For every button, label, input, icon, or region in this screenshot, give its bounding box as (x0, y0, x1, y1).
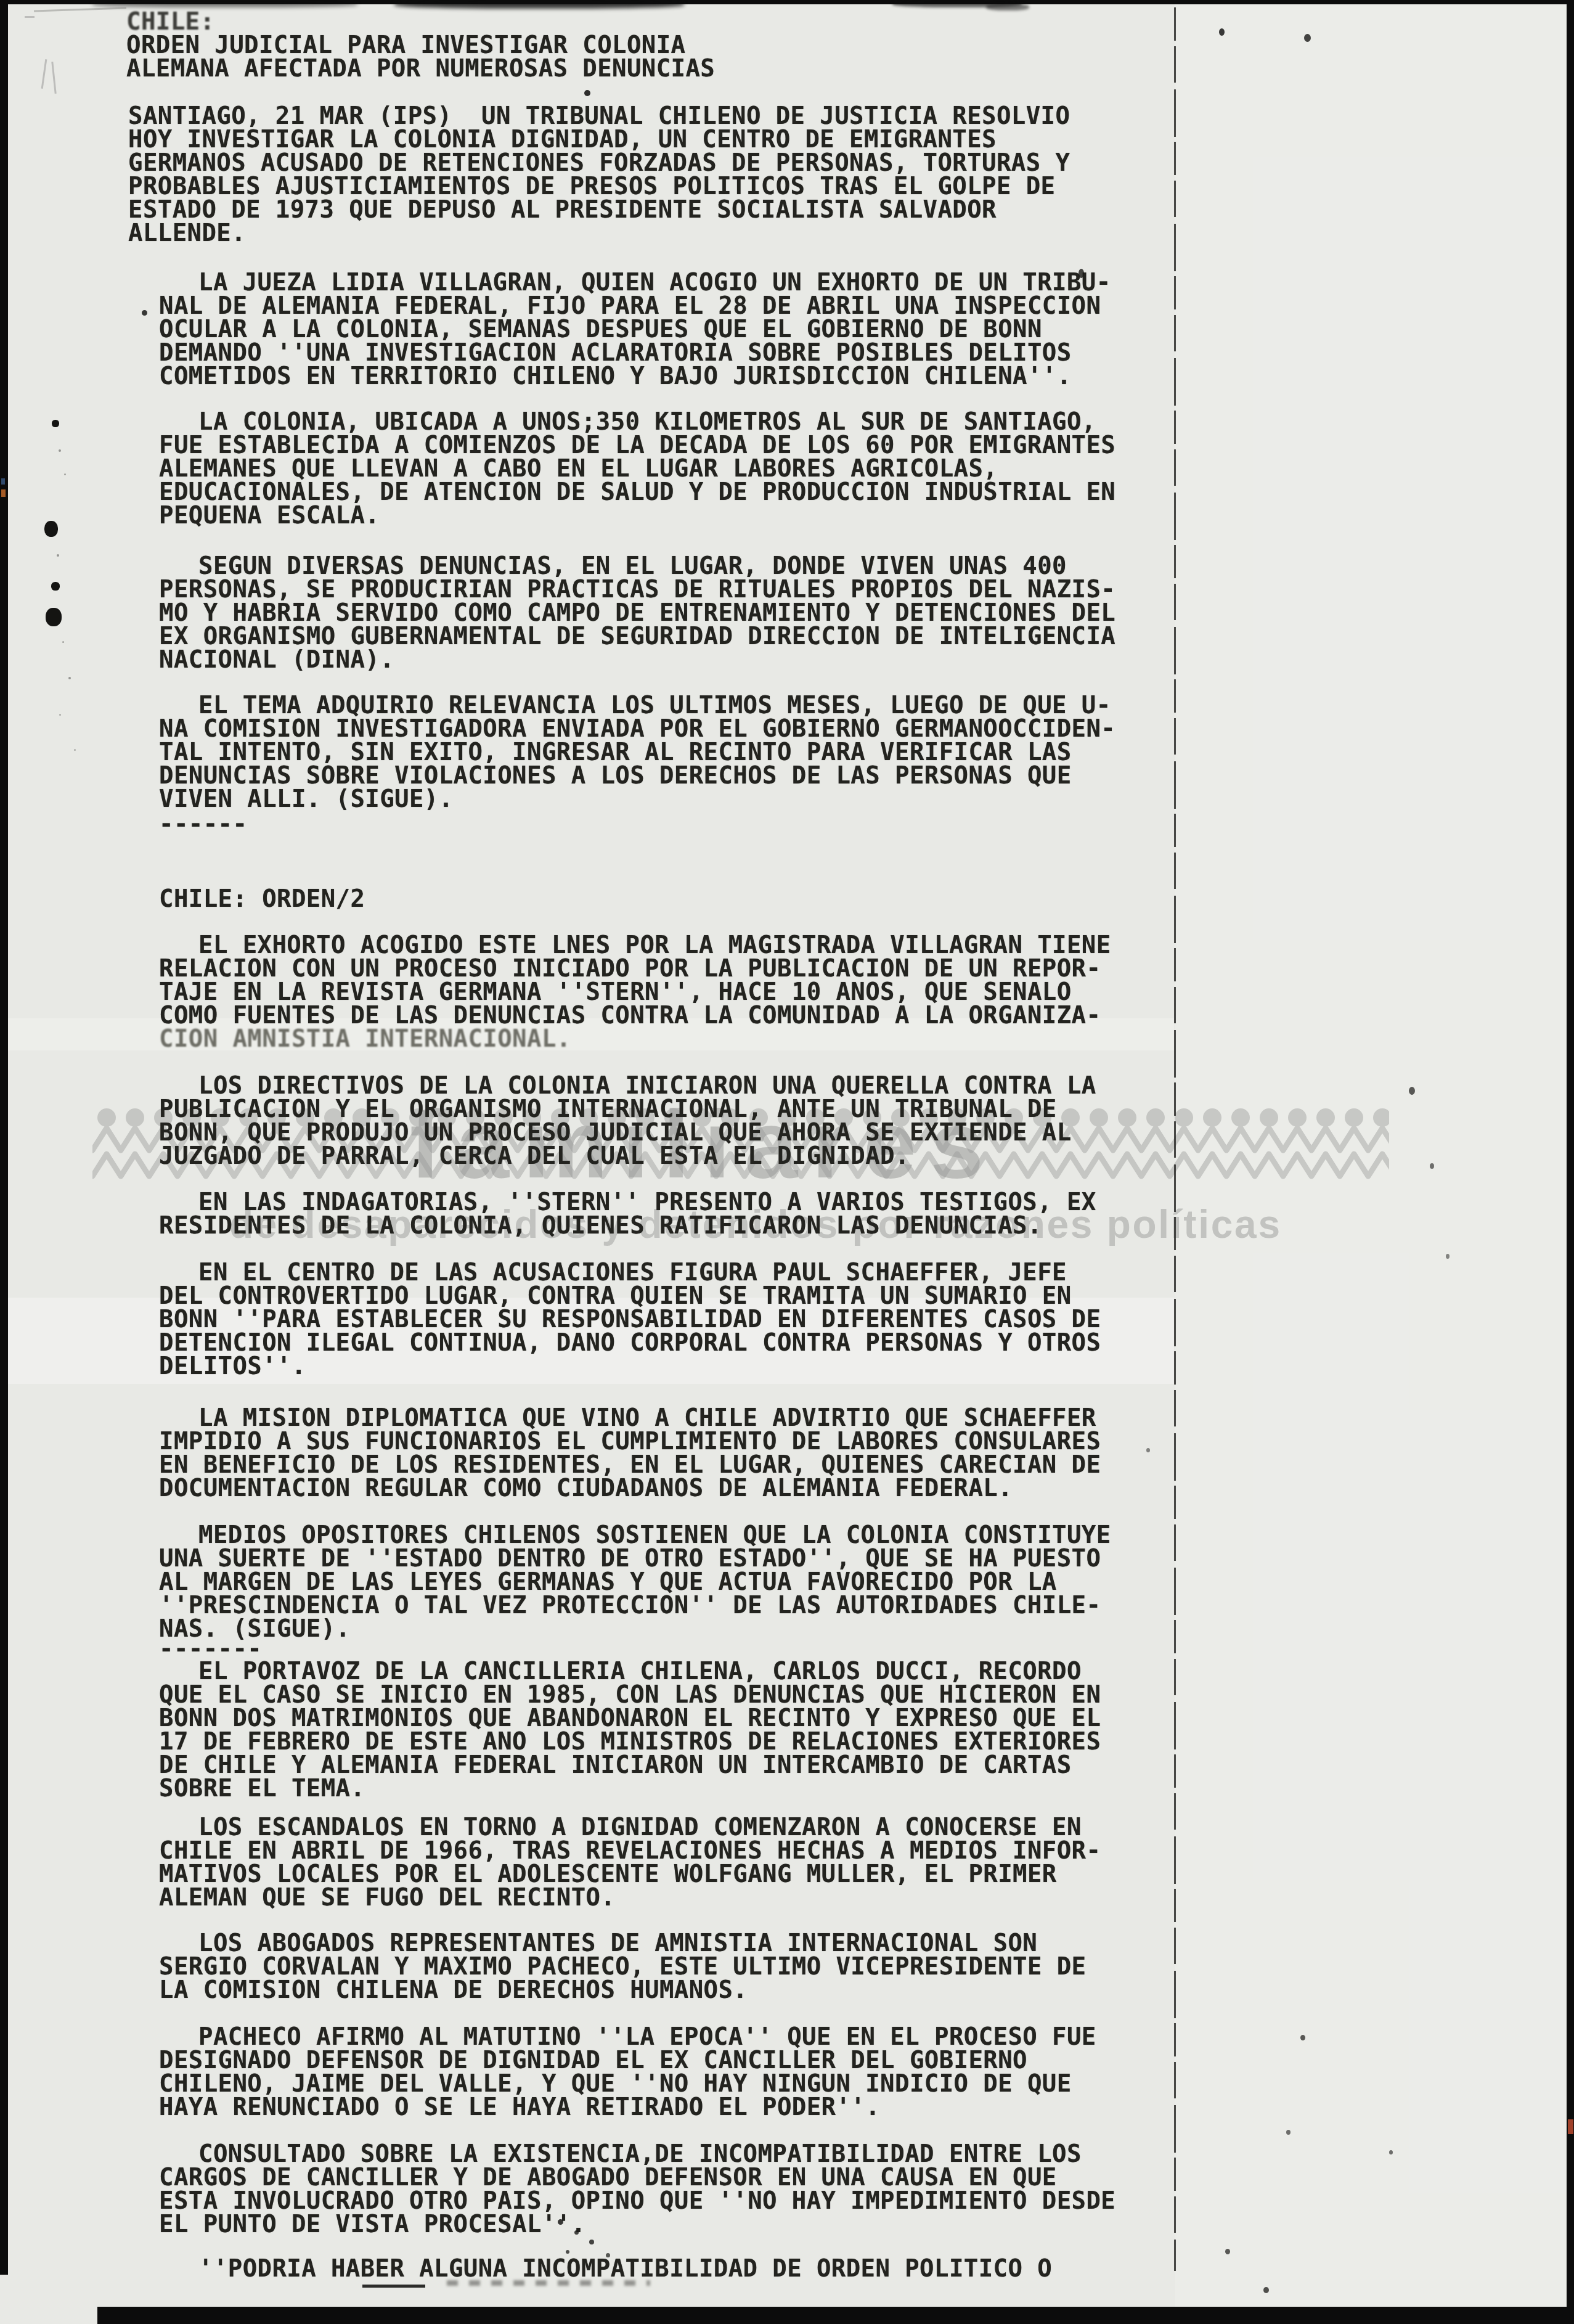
color-speck (1568, 2119, 1573, 2134)
text-line: BONN DOS MATRIMONIOS QUE ABANDONARON EL … (159, 1706, 1101, 1730)
text-line: PROBABLES AJUSTICIAMIENTOS DE PRESOS POL… (128, 174, 1055, 198)
text-line: EL EXHORTO ACOGIDO ESTE LNES POR LA MAGI… (198, 933, 1111, 957)
text-line: DEL CONTROVERTIDO LUGAR, CONTRA QUIEN SE… (159, 1284, 1072, 1308)
text-line: QUE EL CASO SE INICIO EN 1985, CON LAS D… (159, 1683, 1101, 1707)
text-line: ALEMANA AFECTADA POR NUMEROSAS DENUNCIAS (126, 57, 715, 81)
text-line: TAJE EN LA REVISTA GERMANA ''STERN'', HA… (159, 980, 1072, 1004)
text-line: EL PUNTO DE VISTA PROCESAL''. (159, 2212, 586, 2236)
text-line: CHILE: ORDEN/2 (159, 887, 365, 911)
ink-speck (1263, 2287, 1269, 2293)
scan-border-bottom (97, 2307, 1574, 2324)
text-line: JUZGADO DE PARRAL, CERCA DEL CUAL ESTA E… (159, 1144, 910, 1168)
ink-speck (1286, 2130, 1291, 2135)
text-line: CION AMNISTIA INTERNACIONAL. (159, 1027, 571, 1051)
color-speck (1, 478, 5, 485)
text-line: NA COMISION INVESTIGADORA ENVIADA POR EL… (159, 717, 1115, 741)
text-line: SOBRE EL TEMA. (159, 1777, 365, 1801)
ink-speck (1389, 2150, 1393, 2154)
text-line: LA MISION DIPLOMATICA QUE VINO A CHILE A… (198, 1406, 1096, 1430)
text-line: HOY INVESTIGAR LA COLONIA DIGNIDAD, UN C… (128, 128, 997, 152)
text-line: CONSULTADO SOBRE LA EXISTENCIA,DE INCOMP… (198, 2142, 1082, 2166)
text-line: DOCUMENTACION REGULAR COMO CIUDADANOS DE… (159, 1476, 1013, 1500)
text-line: EN LAS INDAGATORIAS, ''STERN'' PRESENTO … (198, 1190, 1096, 1214)
ink-speck (1079, 269, 1084, 278)
ink-speck (57, 554, 59, 557)
ink-speck (74, 749, 76, 751)
text-line: MEDIOS OPOSITORES CHILENOS SOSTIENEN QUE… (198, 1523, 1111, 1547)
text-line: CHILE EN ABRIL DE 1966, TRAS REVELACIONE… (159, 1839, 1101, 1863)
scan-border-left (0, 0, 8, 2275)
text-line: GERMANOS ACUSADO DE RETENCIONES FORZADAS… (128, 151, 1070, 175)
ink-speck (1409, 1087, 1415, 1095)
text-line: ''PRESCINDENCIA O TAL VEZ PROTECCION'' D… (159, 1594, 1101, 1618)
text-line: SERGIO CORVALAN Y MAXIMO PACHECO, ESTE U… (159, 1955, 1086, 1979)
text-line: AL MARGEN DE LAS LEYES GERMANAS Y QUE AC… (159, 1570, 1057, 1594)
text-line: PEQUENA ESCALA. (159, 504, 380, 528)
text-line: SANTIAGO, 21 MAR (IPS) UN TRIBUNAL CHILE… (128, 104, 1070, 128)
text-line: MATIVOS LOCALES POR EL ADOLESCENTE WOLFG… (159, 1862, 1057, 1886)
text-line: LA JUEZA LIDIA VILLAGRAN, QUIEN ACOGIO U… (198, 271, 1111, 295)
text-line: DE CHILE Y ALEMANIA FEDERAL INICIARON UN… (159, 1753, 1072, 1777)
text-line: ------ (159, 812, 247, 837)
ink-speck (68, 677, 71, 679)
ink-speck (59, 714, 61, 716)
page-edge-line (1174, 7, 1176, 2271)
text-line: LOS ABOGADOS REPRESENTANTES DE AMNISTIA … (198, 1931, 1037, 1955)
ink-speck (584, 90, 590, 96)
scan-smudge (986, 4, 1029, 10)
ink-speck (1219, 28, 1225, 36)
text-line: ''PODRIA HABER ALGUNA INCOMPATIBILIDAD D… (198, 2257, 1052, 2281)
scan-border-right (1567, 0, 1574, 2324)
ink-blob (46, 608, 62, 626)
text-line: PERSONAS, SE PRODUCIRIAN PRACTICAS DE RI… (159, 578, 1115, 602)
ink-speck (558, 2219, 563, 2225)
text-line: CARGOS DE CANCILLER Y DE ABOGADO DEFENSO… (159, 2166, 1057, 2190)
text-line: DEMANDO ''UNA INVESTIGACION ACLARATORIA … (159, 341, 1072, 365)
text-line: HAYA RENUNCIADO O SE LE HAYA RETIRADO EL… (159, 2095, 880, 2119)
ink-speck (142, 310, 147, 316)
text-line: RESIDENTES DE LA COLONIA, QUIENES RATIFI… (159, 1214, 1042, 1238)
text-line: DETENCION ILEGAL CONTINUA, DANO CORPORAL… (159, 1331, 1101, 1355)
text-line: SEGUN DIVERSAS DENUNCIAS, EN EL LUGAR, D… (198, 554, 1067, 578)
ink-speck (1146, 1448, 1150, 1452)
ink-speck (574, 2230, 579, 2235)
text-line: NAL DE ALEMANIA FEDERAL, FIJO PARA EL 28… (159, 294, 1101, 318)
text-line: EL PORTAVOZ DE LA CANCILLERIA CHILENA, C… (198, 1659, 1082, 1684)
text-line: CHILE: (126, 10, 214, 34)
text-line: RELACION CON UN PROCESO INICIADO POR LA … (159, 957, 1101, 981)
ink-speck (1225, 2249, 1230, 2254)
ink-speck (1446, 1254, 1450, 1259)
text-line: ALLENDE. (128, 221, 246, 245)
text-line: DELITOS''. (159, 1354, 306, 1378)
document-text: CHILE:ORDEN JUDICIAL PARA INVESTIGAR COL… (0, 0, 1574, 2324)
ink-blob (52, 420, 59, 427)
text-line: PUBLICACION Y EL ORGANISMO INTERNACIONAL… (159, 1097, 1057, 1121)
ink-speck (59, 449, 61, 452)
ink-speck (1430, 1163, 1434, 1169)
text-line: VIVEN ALLI. (SIGUE). (159, 787, 454, 811)
text-line: EX ORGANISMO GUBERNAMENTAL DE SEGURIDAD … (159, 624, 1115, 649)
text-line: BONN ''PARA ESTABLECER SU RESPONSABILIDA… (159, 1307, 1101, 1332)
text-line: UNA SUERTE DE ''ESTADO DENTRO DE OTRO ES… (159, 1547, 1101, 1571)
scan-smudge (394, 0, 684, 9)
text-line: DESIGNADO DEFENSOR DE DIGNIDAD EL EX CAN… (159, 2048, 1027, 2072)
text-line: OCULAR A LA COLONIA, SEMANAS DESPUES QUE… (159, 317, 1042, 342)
ink-speck (62, 641, 64, 643)
text-line: ESTADO DE 1973 QUE DEPUSO AL PRESIDENTE … (128, 198, 997, 222)
text-line: IMPIDIO A SUS FUNCIONARIOS EL CUMPLIMIEN… (159, 1430, 1101, 1454)
text-line: ALEMAN QUE SE FUGO DEL RECINTO. (159, 1886, 615, 1910)
scan-smudge (92, 1, 357, 7)
text-line: NACIONAL (DINA). (159, 648, 394, 672)
text-line: EDUCACIONALES, DE ATENCION DE SALUD Y DE… (159, 480, 1115, 504)
ink-blob (44, 521, 58, 537)
ink-speck (589, 2240, 594, 2244)
ink-speck (1300, 2035, 1305, 2040)
text-line: LA COMISION CHILENA DE DERECHOS HUMANOS. (159, 1978, 748, 2002)
ink-speck (1304, 34, 1311, 42)
ink-speck (64, 473, 66, 475)
pencil-scribble (25, 16, 35, 18)
color-speck (1, 489, 6, 497)
text-line: LOS ESCANDALOS EN TORNO A DIGNIDAD COMEN… (198, 1815, 1082, 1839)
text-line: EN BENEFICIO DE LOS RESIDENTES, EN EL LU… (159, 1453, 1101, 1477)
text-line: TAL INTENTO, SIN EXITO, INGRESAR AL RECI… (159, 740, 1072, 764)
faded-text-remnant (447, 2280, 650, 2286)
ink-speck (606, 2253, 610, 2257)
text-line: COMETIDOS EN TERRITORIO CHILENO Y BAJO J… (159, 364, 1072, 388)
text-line: COMO FUENTES DE LAS DENUNCIAS CONTRA LA … (159, 1004, 1101, 1028)
text-line: DENUNCIAS SOBRE VIOLACIONES A LOS DERECH… (159, 764, 1072, 788)
text-line: FUE ESTABLECIDA A COMIENZOS DE LA DECADA… (159, 433, 1115, 457)
text-line: EN EL CENTRO DE LAS ACUSACIONES FIGURA P… (198, 1261, 1067, 1285)
underline-mark (362, 2285, 425, 2288)
text-line: MO Y HABRIA SERVIDO COMO CAMPO DE ENTREN… (159, 601, 1115, 625)
text-line: ALEMANES QUE LLEVAN A CABO EN EL LUGAR L… (159, 457, 998, 481)
text-line: ESTA INVOLUCRADO OTRO PAIS, OPINO QUE ''… (159, 2189, 1115, 2213)
ink-speck (566, 2250, 569, 2254)
text-line: ORDEN JUDICIAL PARA INVESTIGAR COLONIA (126, 33, 685, 57)
text-line: LA COLONIA, UBICADA A UNOS;350 KILOMETRO… (198, 410, 1096, 434)
scanned-document-page: familiares de desaparecidos y detenidos … (0, 0, 1574, 2324)
text-line: EL TEMA ADQUIRIO RELEVANCIA LOS ULTIMOS … (198, 694, 1111, 718)
text-line: BONN, QUE PRODUJO UN PROCESO JUDICIAL QU… (159, 1121, 1072, 1145)
text-line: CHILENO, JAIME DEL VALLE, Y QUE ''NO HAY… (159, 2072, 1072, 2096)
text-line: LOS DIRECTIVOS DE LA COLONIA INICIARON U… (198, 1074, 1096, 1098)
text-line: 17 DE FEBRERO DE ESTE ANO LOS MINISTROS … (159, 1730, 1101, 1754)
text-line: PACHECO AFIRMO AL MATUTINO ''LA EPOCA'' … (198, 2025, 1096, 2049)
ink-blob (51, 582, 60, 591)
